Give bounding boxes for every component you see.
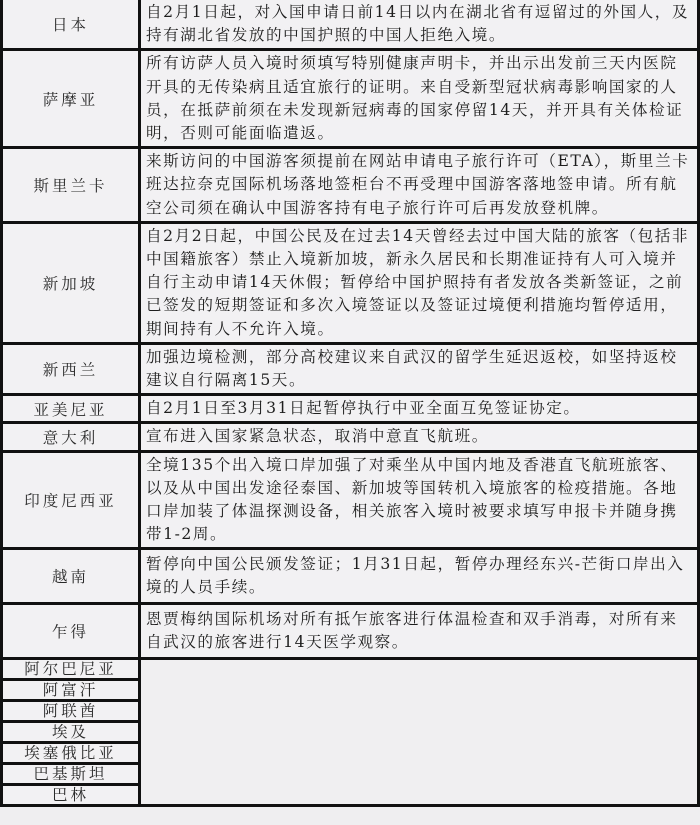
country-cell: 巴基斯坦 <box>2 764 140 785</box>
country-cell: 阿联酋 <box>2 701 140 722</box>
policy-cell: 所有访萨人员入境时须填写特别健康声明卡，并出示出发前三天内医院开具的无传染病且适… <box>140 50 699 148</box>
table-row-italy: 意大利 宣布进入国家紧急状态，取消中意直飞航班。 <box>2 423 699 451</box>
country-cell: 意大利 <box>2 423 140 451</box>
policy-cell: 暂停向中国公民颁发签证；1月31日起，暂停办理经东兴-芒街口岸出入境的人员手续。 <box>140 549 699 604</box>
country-cell: 阿富汗 <box>2 680 140 701</box>
table-row-indonesia: 印度尼西亚 全境135个出入境口岸加强了对乘坐从中国内地及香港直飞航班旅客、以及… <box>2 451 699 549</box>
table-row-vietnam: 越南 暂停向中国公民颁发签证；1月31日起，暂停办理经东兴-芒街口岸出入境的人员… <box>2 549 699 604</box>
table-row-samoa: 萨摩亚 所有访萨人员入境时须填写特别健康声明卡，并出示出发前三天内医院开具的无传… <box>2 50 699 148</box>
table-row-albania: 阿尔巴尼亚 <box>2 659 699 680</box>
policy-cell: 宣布进入国家紧急状态，取消中意直飞航班。 <box>140 423 699 451</box>
table-row-singapore: 新加坡 自2月2日起，中国公民及在过去14天曾经去过中国大陆的旅客（包括非中国籍… <box>2 222 699 343</box>
merged-policy-cell <box>140 659 699 806</box>
country-cell: 新西兰 <box>2 343 140 394</box>
country-cell: 新加坡 <box>2 222 140 343</box>
table-row-chad: 乍得 恩贾梅纳国际机场对所有抵乍旅客进行体温检查和双手消毒，对所有来自武汉的旅客… <box>2 604 699 659</box>
country-cell: 越南 <box>2 549 140 604</box>
country-cell: 亚美尼亚 <box>2 395 140 423</box>
policy-cell: 加强边境检测，部分高校建议来自武汉的留学生延迟返校，如坚持返校建议自行隔离15天… <box>140 343 699 394</box>
policy-cell: 来斯访问的中国游客须提前在网站申请电子旅行许可（ETA），斯里兰卡班达拉奈克国际… <box>140 148 699 223</box>
country-cell: 埃塞俄比亚 <box>2 743 140 764</box>
country-cell: 阿尔巴尼亚 <box>2 659 140 680</box>
country-cell: 日本 <box>2 0 140 50</box>
country-cell: 乍得 <box>2 604 140 659</box>
country-cell: 巴林 <box>2 785 140 806</box>
table-row-japan: 日本 自2月1日起，对入国申请日前14日以内在湖北省有逗留过的外国人，及持有湖北… <box>2 0 699 50</box>
table-row-sri-lanka: 斯里兰卡 来斯访问的中国游客须提前在网站申请电子旅行许可（ETA），斯里兰卡班达… <box>2 148 699 223</box>
country-cell: 印度尼西亚 <box>2 451 140 549</box>
country-cell: 萨摩亚 <box>2 50 140 148</box>
table-row-new-zealand: 新西兰 加强边境检测，部分高校建议来自武汉的留学生延迟返校，如坚持返校建议自行隔… <box>2 343 699 394</box>
travel-restrictions-table: 日本 自2月1日起，对入国申请日前14日以内在湖北省有逗留过的外国人，及持有湖北… <box>0 0 700 807</box>
policy-cell: 自2月1日至3月31日起暂停执行中亚全面互免签证协定。 <box>140 395 699 423</box>
policy-cell: 自2月1日起，对入国申请日前14日以内在湖北省有逗留过的外国人，及持有湖北省发放… <box>140 0 699 50</box>
country-cell: 斯里兰卡 <box>2 148 140 223</box>
policy-cell: 恩贾梅纳国际机场对所有抵乍旅客进行体温检查和双手消毒，对所有来自武汉的旅客进行1… <box>140 604 699 659</box>
table-row-armenia: 亚美尼亚 自2月1日至3月31日起暂停执行中亚全面互免签证协定。 <box>2 395 699 423</box>
country-cell: 埃及 <box>2 722 140 743</box>
policy-cell: 自2月2日起，中国公民及在过去14天曾经去过中国大陆的旅客（包括非中国籍旅客）禁… <box>140 222 699 343</box>
policy-cell: 全境135个出入境口岸加强了对乘坐从中国内地及香港直飞航班旅客、以及从中国出发途… <box>140 451 699 549</box>
